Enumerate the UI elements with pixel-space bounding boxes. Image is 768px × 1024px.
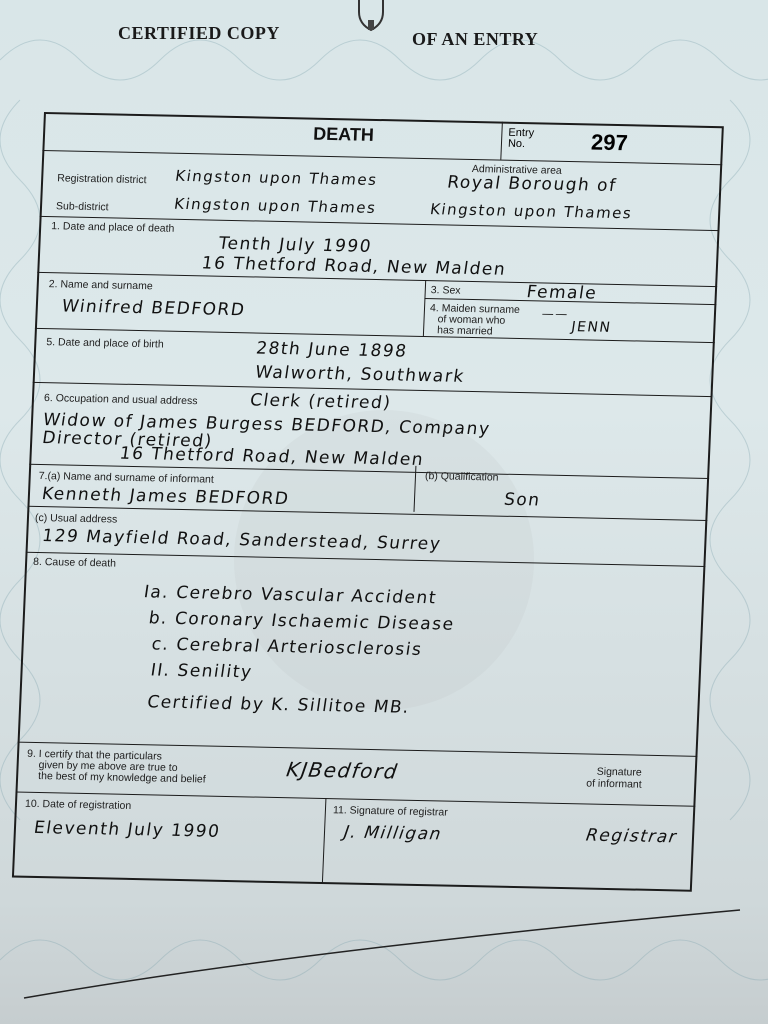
registration-district-label: Registration district (57, 172, 147, 186)
registration-date-label: 10. Date of registration (25, 798, 132, 812)
registrar-signature: J. Milligan (343, 822, 444, 844)
name-value: Winifred BEDFORD (60, 296, 246, 320)
informant-address-label: (c) Usual address (35, 512, 118, 526)
registrar-signature-label: 11. Signature of registrar (333, 804, 448, 818)
form-title: DEATH (313, 124, 375, 146)
qualification-label: (b) Qualification (425, 470, 499, 484)
royal-crest-icon (356, 0, 386, 32)
paper-fold-line (0, 880, 768, 1024)
occupation-line1: Clerk (retired) (249, 390, 393, 413)
maiden-name-value: JENN (570, 319, 612, 336)
informant-signature: KJBedford (285, 757, 400, 783)
maiden-name-dash: —— (541, 306, 570, 321)
birth-date-place-label: 5. Date and place of birth (46, 336, 164, 350)
birth-date-value: 28th June 1898 (255, 339, 409, 362)
cause-2: II. Senility (149, 660, 254, 682)
registration-date-value: Eleventh July 1990 (33, 818, 222, 842)
name-label: 2. Name and surname (49, 278, 153, 292)
header-of-an-entry: OF AN ENTRY (412, 29, 538, 50)
death-date-place-label: 1. Date and place of death (51, 220, 175, 235)
entry-label: Entry No. (508, 128, 537, 151)
signature-informant-label-2: of informant (586, 778, 642, 791)
header-certified-copy: CERTIFIED COPY (118, 23, 280, 44)
death-entry-form: DEATH Entry No. 297 Administrative area … (12, 112, 724, 892)
registrar-title: Registrar (585, 826, 679, 848)
cause-of-death-label: 8. Cause of death (33, 556, 116, 570)
signature-informant-label-1: Signature (596, 766, 641, 779)
entry-number: 297 (591, 129, 629, 156)
administrative-area-line1: Royal Borough of (446, 172, 618, 195)
sub-district-label: Sub-district (56, 200, 109, 213)
certificate-header: CERTIFIED COPY OF AN ENTRY (0, 20, 768, 60)
qualification-value: Son (503, 490, 542, 511)
sex-label: 3. Sex (431, 284, 461, 297)
